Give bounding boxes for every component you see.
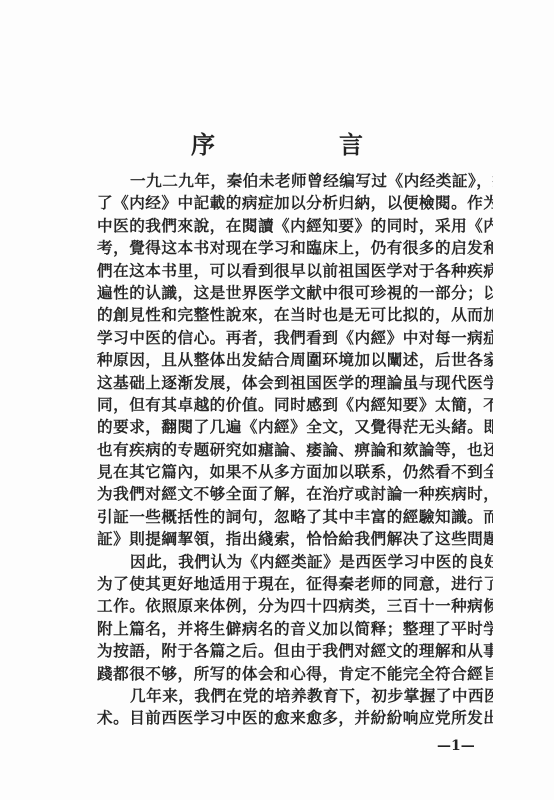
text-line: 为我們对經文不够全面了解，在治疗或討論一种疾病时，往往只能 — [97, 483, 493, 505]
page-title: 序 言 — [0, 125, 554, 160]
text-line: 同，但有其卓越的价值。同时感到《内經知要》太簡，不能滿足我們 — [97, 394, 493, 416]
text-line: 这基础上逐渐发展，体会到祖国医学的理論虽与现代医学体系不 — [97, 372, 493, 394]
text-line: 踐都很不够，所写的体会和心得，肯定不能完全符合經旨的要求。 — [97, 663, 493, 685]
text-line: 見在其它篇內，如果不从多方面加以联系，仍然看不到全面。至因 — [97, 461, 493, 483]
text-line: 了《内经》中記載的病症加以分析归納，以便檢閱。作为西医学习 — [97, 192, 493, 214]
text-line: 遍性的认識，这是世界医学文献中很可珍視的一部分；以医学理論 — [97, 282, 493, 304]
paragraph: 一九二九年，秦伯未老师曾经编写过《内经类証》，扼要地选择了《内经》中記載的病症加… — [97, 170, 493, 551]
paragraph: 几年来，我們在党的培养教育下，初步掌握了中西医两种技术。目前西医学习中医的愈来愈… — [97, 685, 493, 730]
text-line: 术。目前西医学习中医的愈来愈多，并紛紛响应党所发出的創立 — [97, 707, 493, 729]
text-line: 的創見性和完整性說來，在当时也是无可比拟的，从而加强了我們 — [97, 304, 493, 326]
book-page: 序 言 一九二九年，秦伯未老师曾经编写过《内经类証》，扼要地选择了《内经》中記載… — [0, 0, 554, 800]
text-line: 証》則提綱挈領，指出綫索，恰恰給我們解决了这些問題。 — [97, 528, 493, 550]
text-line: 們在这本书里，可以看到很早以前祖国医学对于各种疾病已有普 — [97, 260, 493, 282]
text-line: 学习中医的信心。再者，我們看到《内經》中对每一病症指出了多 — [97, 327, 493, 349]
text-line: 的要求，翻閱了几遍《内經》全文，又覺得茫无头緒。即使《内經》里 — [97, 416, 493, 438]
text-line: 一九二九年，秦伯未老师曾经编写过《内经类証》，扼要地选择 — [97, 170, 493, 192]
text-line: 几年来，我們在党的培养教育下，初步掌握了中西医两种技 — [97, 685, 493, 707]
text-line: 为按語，附于各篇之后。但由于我們对經文的理解和从事臨床实 — [97, 640, 493, 662]
preface-body: 一九二九年，秦伯未老师曾经编写过《内经类証》，扼要地选择了《内经》中記載的病症加… — [97, 170, 493, 730]
text-line: 附上篇名，并将生僻病名的音义加以简释；整理了平时学习心得作 — [97, 618, 493, 640]
text-line: 为了使其更好地适用于現在，征得秦老师的同意，进行了补充删訂 — [97, 573, 493, 595]
text-line: 工作。依照原来体例，分为四十四病类，三百十一种病候。条文后 — [97, 595, 493, 617]
text-line: 因此，我們认为《内經类証》是西医学习中医的良好参考資料。 — [97, 551, 493, 573]
paragraph: 因此，我們认为《内經类証》是西医学习中医的良好参考資料。为了使其更好地适用于現在… — [97, 551, 493, 685]
text-line: 也有疾病的专题研究如瘧論、痿論、痹論和欬論等，也还有不少散 — [97, 439, 493, 461]
text-line: 中医的我們來說，在閱讀《内經知要》的同时，采用《内經类証》参 — [97, 215, 493, 237]
text-line: 引証一些概括性的詞句，忽略了其中丰富的經驗知識。而《内經类 — [97, 506, 493, 528]
text-line: 种原因，且从整体出发結合周圍环境加以闡述，后世各家学說都在 — [97, 349, 493, 371]
text-line: 考，覺得这本书对现在学习和臨床上，仍有很多的启发和帮助。我 — [97, 237, 493, 259]
page-number: —1— — [437, 738, 475, 754]
